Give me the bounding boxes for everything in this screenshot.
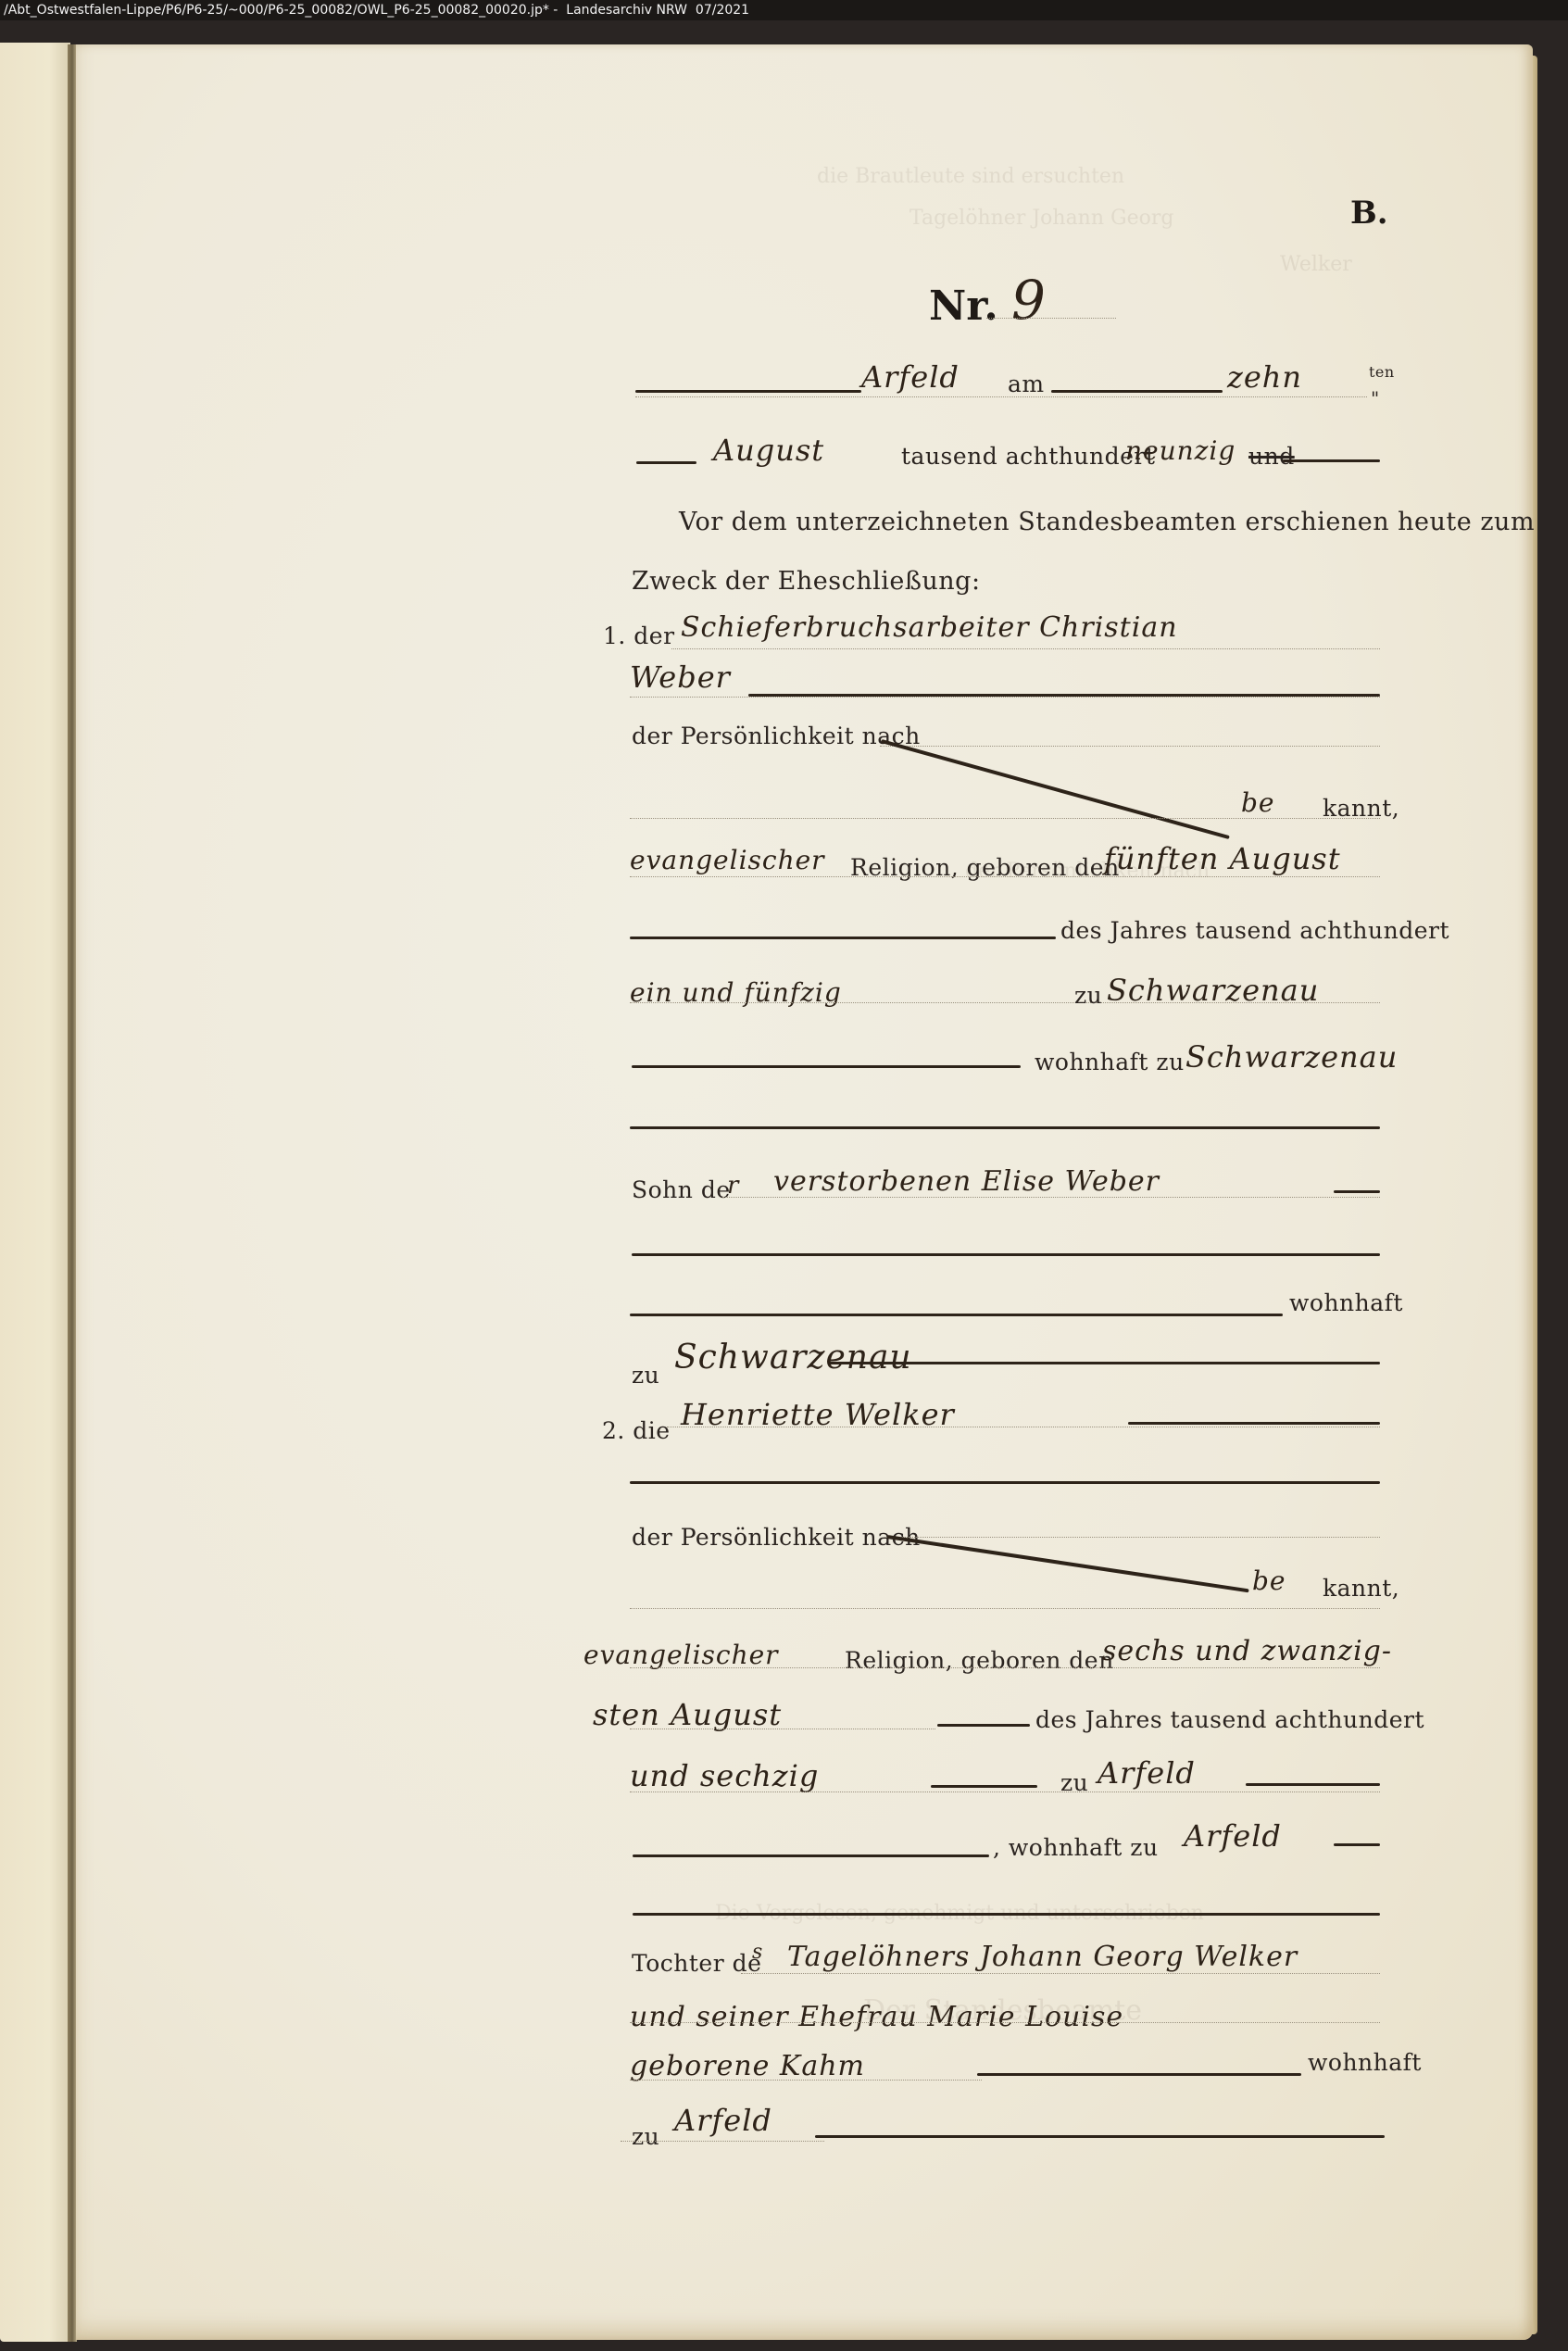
form-letter: B. — [1350, 195, 1388, 232]
fill-dash — [1051, 390, 1223, 393]
groom-birthplace: Schwarzenau — [1107, 973, 1319, 1008]
viewer-title-bar: /Abt_Ostwestfalen-Lippe/P6/P6-25/~000/P6… — [0, 0, 1568, 20]
dotted-rule — [630, 876, 1380, 877]
fill-dash — [1283, 459, 1380, 462]
fill-dash — [632, 1065, 1021, 1068]
fill-dash — [633, 1854, 989, 1857]
groom-known-prefix: be — [1241, 787, 1275, 818]
groom-occupation-name: Schieferbruchsarbeiter Christian — [681, 611, 1178, 644]
fill-dash — [636, 461, 696, 464]
groom-birth-year: ein und fünfzig — [630, 977, 842, 1008]
fill-dash — [931, 1785, 1037, 1788]
dotted-rule — [630, 1667, 1380, 1668]
label-am: am — [1008, 371, 1045, 397]
bride-religion: evangelischer — [583, 1640, 779, 1670]
groom-religion: evangelischer — [630, 845, 825, 875]
bride-parents-residence-label: wohnhaft — [1308, 2049, 1422, 2076]
fill-dash — [1334, 1190, 1380, 1193]
dotted-rule — [630, 1792, 1380, 1792]
dotted-rule — [630, 2080, 982, 2081]
dotted-rule — [635, 396, 1367, 397]
bride-parents-residence: Arfeld — [674, 2103, 772, 2138]
dotted-rule — [630, 697, 1380, 698]
bride-birth-day-line2: sten August — [593, 1697, 782, 1732]
intro-line-2: Zweck der Eheschließung: — [632, 567, 981, 596]
fill-dash — [1128, 1422, 1380, 1425]
fill-dash — [1334, 1843, 1380, 1846]
dotted-rule — [630, 1608, 1380, 1609]
fill-dash — [635, 390, 861, 393]
struck-und: und — [1248, 443, 1295, 470]
bride-parents-line1: Tagelöhners Johann Georg Welker — [787, 1941, 1298, 1973]
entry-number-label: Nr. — [929, 283, 998, 330]
groom-parents: verstorbenen Elise Weber — [773, 1165, 1160, 1198]
groom-parents-label: Sohn de — [632, 1176, 731, 1203]
groom-parents-suffix: r — [727, 1172, 739, 1200]
groom-index: 1. der — [603, 622, 675, 649]
bride-parents-line3: geborene Kahm — [630, 2050, 865, 2082]
groom-surname: Weber — [630, 660, 731, 695]
dotted-rule — [986, 318, 1116, 319]
marriage-year-written: neunzig — [1125, 435, 1236, 466]
fill-dash — [633, 1913, 1380, 1916]
dotted-rule — [667, 1427, 1380, 1427]
bride-year-label: des Jahres tausend achthundert — [1035, 1706, 1424, 1733]
fill-dash — [977, 2073, 1301, 2076]
marriage-place: Arfeld — [861, 359, 960, 395]
previous-page-edge — [0, 43, 70, 2342]
bride-religion-label: Religion, geboren den — [845, 1647, 1114, 1674]
label-year-prefix: tausend achthundert — [901, 443, 1155, 470]
bride-known-prefix: be — [1252, 1565, 1286, 1596]
fill-dash — [632, 1253, 1380, 1256]
groom-parents-residence: Schwarzenau — [674, 1339, 912, 1377]
fill-dash — [630, 1481, 1380, 1484]
marriage-day: zehn — [1227, 359, 1302, 395]
dotted-rule — [884, 1537, 1380, 1538]
bleed-text: Welker — [1280, 253, 1352, 276]
ditto-mark: " — [1371, 387, 1380, 409]
bleed-text: die Brautleute sind ersuchten — [817, 165, 1124, 188]
groom-parents-residence-label: wohnhaft — [1289, 1289, 1403, 1316]
bride-residence: Arfeld — [1184, 1818, 1282, 1854]
groom-year-label: des Jahres tausend achthundert — [1060, 917, 1449, 944]
dotted-rule — [880, 746, 1380, 747]
groom-identity-label: der Persönlichkeit nach — [632, 723, 921, 749]
bride-birthplace: Arfeld — [1098, 1755, 1196, 1791]
bride-parents-residence-zu: zu — [632, 2123, 659, 2150]
dotted-rule — [722, 1197, 1380, 1198]
dotted-rule — [630, 2022, 1380, 2023]
groom-parents-residence-zu: zu — [632, 1362, 659, 1389]
groom-residence: Schwarzenau — [1185, 1039, 1398, 1075]
groom-residence-label: wohnhaft zu — [1035, 1049, 1185, 1075]
bride-residence-label: , wohnhaft zu — [993, 1834, 1159, 1861]
fill-dash — [630, 1314, 1283, 1316]
dotted-rule — [671, 648, 1380, 649]
dotted-rule — [630, 1729, 935, 1729]
bride-birth-day-line1: sechs und zwanzig- — [1102, 1635, 1392, 1667]
dotted-rule — [621, 2141, 824, 2142]
groom-birthplace-label: zu — [1074, 982, 1102, 1009]
entry-number-value: 9 — [1011, 269, 1046, 332]
bleed-text: Tagelöhner Johann Georg — [909, 207, 1173, 230]
fill-dash — [937, 1724, 1030, 1727]
groom-birth-day-month: fünften August — [1104, 841, 1341, 876]
fill-dash — [829, 1362, 1380, 1364]
dotted-rule — [741, 1973, 1380, 1974]
fill-dash — [630, 937, 1056, 939]
bride-index: 2. die — [602, 1417, 671, 1444]
bride-known-suffix: kannt, — [1323, 1575, 1399, 1602]
fill-dash — [630, 1126, 1380, 1129]
intro-line-1: Vor dem unterzeichneten Standesbeamten e… — [679, 508, 1535, 536]
bride-parents-suffix: s — [752, 1941, 763, 1964]
bride-birth-year: und sechzig — [630, 1758, 819, 1793]
day-suffix: ten — [1369, 363, 1395, 381]
marriage-month: August — [713, 433, 824, 468]
fill-dash — [1246, 1783, 1380, 1786]
bride-parents-line2: und seiner Ehefrau Marie Louise — [630, 2001, 1123, 2033]
fill-dash — [815, 2135, 1385, 2138]
dotted-rule — [630, 818, 1380, 819]
bride-identity-label: der Persönlichkeit nach — [632, 1524, 921, 1551]
